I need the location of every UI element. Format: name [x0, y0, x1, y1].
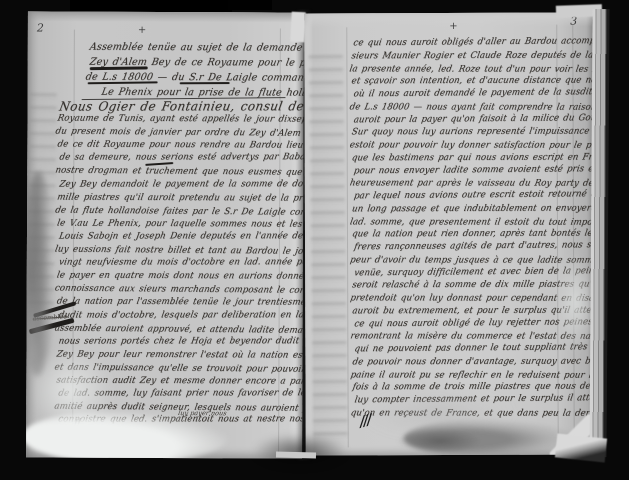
manuscript-line: de pouvoir nous donner d'avantage, surqu… [351, 355, 581, 369]
manuscript-line: de la nation par l'assemblée tenüe le jo… [56, 296, 292, 310]
manuscript-line: ce qui nous auroit obligés d'aller au Ba… [352, 35, 580, 50]
page-stack-edges [589, 9, 609, 457]
manuscript-line: auroit pour la payer qu'on faisoit à la … [353, 112, 581, 127]
manuscript-line: où il nous auroit demandé le payement de… [352, 86, 580, 101]
manuscript-scan: 2 + Assemblée tenüe au sujet de la deman… [0, 0, 629, 480]
left-page: 2 + Assemblée tenüe au sujet de la deman… [26, 11, 304, 458]
manuscript-line: Louis Sabojn et Joseph Denie deputés en … [58, 230, 292, 243]
manuscript-line: seroit relasché à la somme de dix mille … [351, 279, 581, 293]
gutter-shadow [252, 434, 348, 468]
manuscript-line: qui ne pouvoient pas donner le tout supp… [353, 341, 581, 356]
page-number-left: 2 [37, 21, 44, 34]
manuscript-line: dudit mois d'octobre, lesquels par delib… [57, 309, 291, 322]
manuscript-line: pretendoit qu'on luy donnast pour cepend… [349, 292, 581, 305]
manuscript-line: de sa demeure, nous serions esté adverty… [58, 152, 292, 165]
right-body-block: ce qui nous auroit obligés d'aller au Ba… [351, 37, 592, 420]
scanner-background-tab-small [228, 0, 272, 10]
manuscript-line: Sur quoy nous luy aurions representé l'i… [351, 126, 581, 140]
manuscript-line: ce qui nous auroit obligé de luy rejette… [353, 316, 581, 331]
manuscript-line: vingt neufviesme du mois d'octobre en la… [58, 256, 292, 269]
page-stack-bottom-corner [555, 433, 607, 462]
manuscript-line: pour nous envoyer ladite somme avoient e… [353, 163, 581, 178]
manuscript-line: nous serions portés chez le Hoja et beye… [57, 335, 291, 348]
manuscript-line: freres rançonneuses agités de part d'aut… [353, 239, 581, 254]
manuscript-line: Nous Ogier de Fontainieu, consul de Fran… [58, 99, 292, 112]
heading-line: Assemblée tenüe au sujet de la demande d… [88, 40, 292, 56]
manuscript-line: estoit pour pouvoir luy donner satisfact… [349, 139, 581, 152]
manuscript-line: sieurs Maunier Rogier et Claude Roze dep… [350, 49, 580, 63]
manuscript-line: Royaume de Tunis, ayant esté appellés le… [56, 113, 292, 127]
section-mark-right: + [449, 21, 456, 32]
ink-underline [180, 82, 230, 84]
manuscript-line: mille piastres qu'il auroit pretendu au … [56, 191, 292, 205]
bottom-page-edge [276, 451, 316, 458]
manuscript-line: par lequel nous avions outre escrit esto… [353, 188, 581, 203]
manuscript-line: venüe, surquoy difficilement et avec bie… [353, 265, 581, 280]
ghost-showthrough-right [309, 55, 348, 440]
manuscript-line: un long passage et que indubitablement o… [351, 202, 581, 216]
stain-right-edge [555, 252, 594, 352]
manuscript-line: Zey Bey demandoit le payement de la somm… [58, 178, 292, 191]
right-page: 3 + ce qui nous auroit obligés d'aller a… [304, 12, 594, 455]
heading-block: Assemblée tenüe au sujet de la demande d… [90, 40, 302, 101]
fold-line [346, 27, 348, 447]
section-mark-left: + [138, 25, 145, 36]
manuscript-line: le payer en quatre mois dont nous en aur… [56, 270, 292, 284]
